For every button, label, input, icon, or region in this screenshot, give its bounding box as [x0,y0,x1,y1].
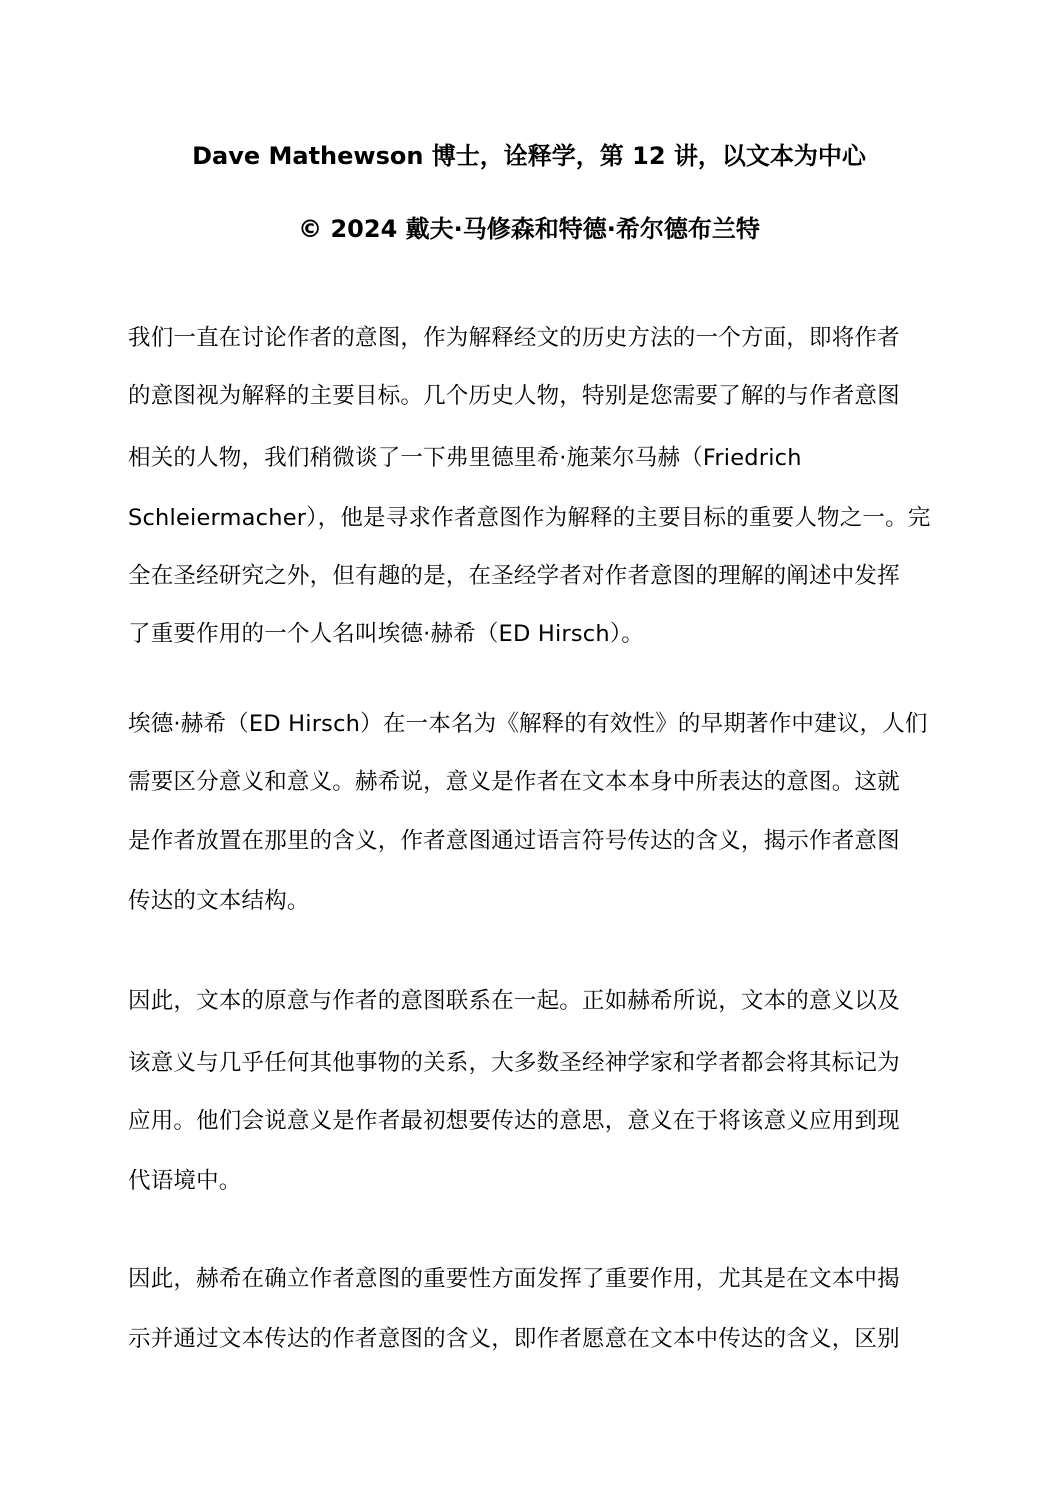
paragraph-4-line-2: 示并通过文本传达的作者意图的含义，即作者愿意在文本中传达的含义，区别 [128,1324,900,1354]
paragraph-4-line-1: 因此，赫希在确立作者意图的重要性方面发挥了重要作用，尤其是在文本中揭 [128,1264,900,1294]
document-page: Dave Mathewson 博士，诠释学，第 12 讲，以文本为中心 © 20… [0,0,1058,1497]
paragraph-1-line-4: Schleiermacher），他是寻求作者意图作为解释的主要目标的重要人物之一… [128,503,931,533]
copyright-line: © 2024 戴夫·马修森和特德·希尔德布兰特 [0,213,1058,245]
paragraph-1-line-3: 相关的人物，我们稍微谈了一下弗里德里希·施莱尔马赫（Friedrich [128,443,802,473]
paragraph-2-line-3: 是作者放置在那里的含义，作者意图通过语言符号传达的含义，揭示作者意图 [128,826,900,856]
document-title: Dave Mathewson 博士，诠释学，第 12 讲，以文本为中心 [0,140,1058,172]
paragraph-1-line-5: 全在圣经研究之外，但有趣的是，在圣经学者对作者意图的理解的阐述中发挥 [128,561,900,591]
paragraph-1-line-1: 我们一直在讨论作者的意图，作为解释经文的历史方法的一个方面，即将作者 [128,323,900,353]
paragraph-1-line-2: 的意图视为解释的主要目标。几个历史人物，特别是您需要了解的与作者意图 [128,381,900,411]
paragraph-2-line-1: 埃德·赫希（ED Hirsch）在一本名为《解释的有效性》的早期著作中建议，人们 [128,709,928,739]
paragraph-2-line-4: 传达的文本结构。 [128,886,310,916]
paragraph-3-line-2: 该意义与几乎任何其他事物的关系，大多数圣经神学家和学者都会将其标记为 [128,1048,900,1078]
paragraph-2-line-2: 需要区分意义和意义。赫希说，意义是作者在文本本身中所表达的意图。这就 [128,767,900,797]
paragraph-3-line-3: 应用。他们会说意义是作者最初想要传达的意思，意义在于将该意义应用到现 [128,1106,900,1136]
paragraph-1-line-6: 了重要作用的一个人名叫埃德·赫希（ED Hirsch）。 [128,619,644,649]
paragraph-3-line-1: 因此，文本的原意与作者的意图联系在一起。正如赫希所说，文本的意义以及 [128,986,900,1016]
paragraph-3-line-4: 代语境中。 [128,1166,242,1196]
